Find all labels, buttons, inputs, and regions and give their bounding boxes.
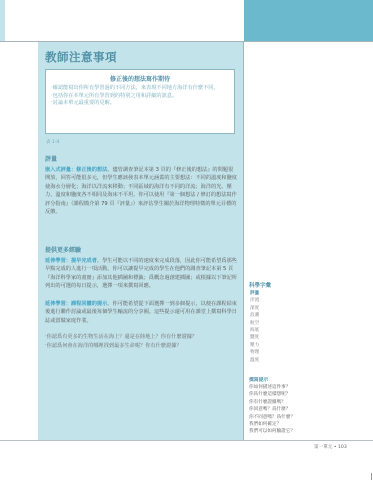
goal-item: ‧討論本單元最重要的見解。 — [51, 100, 229, 108]
writing-prompt: 你如何描述這件事？ — [249, 384, 295, 391]
vocab-item: 物理 — [250, 349, 259, 356]
bottom-divider — [0, 440, 373, 441]
vocab-item: 浪潮 — [250, 312, 259, 319]
early-finishers-paragraph: 延伸學習：提早完成者。學生可能以不同的速度來完成段落，因此你可能希望爲那些早點完… — [45, 257, 237, 291]
science-vocab-title: 科學字彙 — [249, 281, 271, 289]
assessment-heading: 評量 — [45, 156, 237, 165]
early-finishers-lead: 延伸學習：提早完成者 — [45, 258, 97, 264]
more-experience-heading: 提供更多經驗 — [45, 247, 237, 256]
writing-expectations-box: 修正後的想法寫作期待 ‧確認能寫出你所有學習過的不同方法，來表現不同地方海洋有什… — [45, 69, 235, 134]
vocab-item: 深度 — [250, 305, 259, 312]
prompt-question: ‧你認爲何會在海洋的哪裡找到最多生命呢？你有什麼證據？ — [45, 342, 237, 351]
assessment-section: 評量 嵌入式評量：修正後的想法。儘管調查筆記本第 3 頁的『修正後的想法』的問題… — [45, 156, 237, 217]
assessment-lead: 嵌入式評量：修正後的想法 — [45, 167, 107, 173]
vocab-item: 鹽度 — [250, 334, 259, 341]
writing-prompt: 你不同意嗎？爲什麼？ — [249, 414, 295, 421]
prompt-question: ‧你認爲有更多的生物生活在海上？還是在陸地上？你有什麼證據？ — [45, 333, 237, 342]
more-experience-section: 提供更多經驗 延伸學習：提早完成者。學生可能以不同的速度來完成段落，因此你可能希… — [45, 247, 237, 350]
writing-prompt: 你有什麼證據嗎？ — [249, 399, 295, 406]
vocab-item: 海底 — [250, 327, 259, 334]
goal-box-title: 修正後的想法寫作期待 — [51, 74, 229, 83]
assessment-paragraph: 嵌入式評量：修正後的想法。儘管調查筆記本第 3 頁的『修正後的想法』的問題很開放… — [45, 166, 237, 217]
goal-item: ‧包括你在本單元所有學習到的特別之用和詳細的訊息。 — [51, 93, 229, 101]
table-label: 表 1-4 — [46, 139, 59, 145]
vocab-item: 評量 — [250, 290, 259, 297]
vocab-item: 壓力 — [250, 342, 259, 349]
page-title: 教師注意事項 — [45, 49, 117, 65]
goal-item: ‧確認能寫出你所有學習過的不同方法，來表現不同地方海洋有什麼不同。 — [51, 85, 229, 93]
writing-prompts-list: 你如何描述這件事？ 你爲什麼這樣想呢？ 你有什麼證據嗎？ 你同意嗎？爲什麼？ 你… — [249, 384, 295, 436]
reflection-prompts-paragraph: 延伸學習：課程回饋的提示。你可能希望從下面選擇一到多個提示，以便在課程結束後進行… — [45, 300, 237, 326]
vocab-item: 溫度 — [250, 357, 259, 364]
top-color-band — [244, 0, 373, 41]
science-vocab-list: 評量 洋流 深度 浪潮 航空 海底 鹽度 壓力 物理 溫度 — [250, 290, 259, 364]
reflection-prompts-lead: 延伸學習：課程回饋的提示 — [45, 301, 107, 307]
assessment-body: 。儘管調查筆記本第 3 頁的『修正後的想法』的問題很開放，回答可能很多元，但學生… — [45, 167, 237, 216]
writing-prompt: 我們可以如何驗證它？ — [249, 428, 295, 435]
page-number: 第一單元 • 103 — [314, 444, 347, 450]
vocab-item: 航空 — [250, 320, 259, 327]
vocab-item: 洋流 — [250, 297, 259, 304]
top-left-strip — [0, 0, 5, 41]
prompt-questions-list: ‧你認爲有更多的生物生活在海上？還是在陸地上？你有什麼證據？ ‧你認爲何會在海洋… — [45, 333, 237, 350]
edge-mark — [371, 473, 372, 480]
writing-prompt: 你同意嗎？爲什麼？ — [249, 406, 295, 413]
writing-prompts-title: 撰寫提示 — [249, 376, 268, 383]
writing-prompt: 你爲什麼這樣想呢？ — [249, 391, 295, 398]
writing-prompt: 我們如何確定？ — [249, 421, 295, 428]
